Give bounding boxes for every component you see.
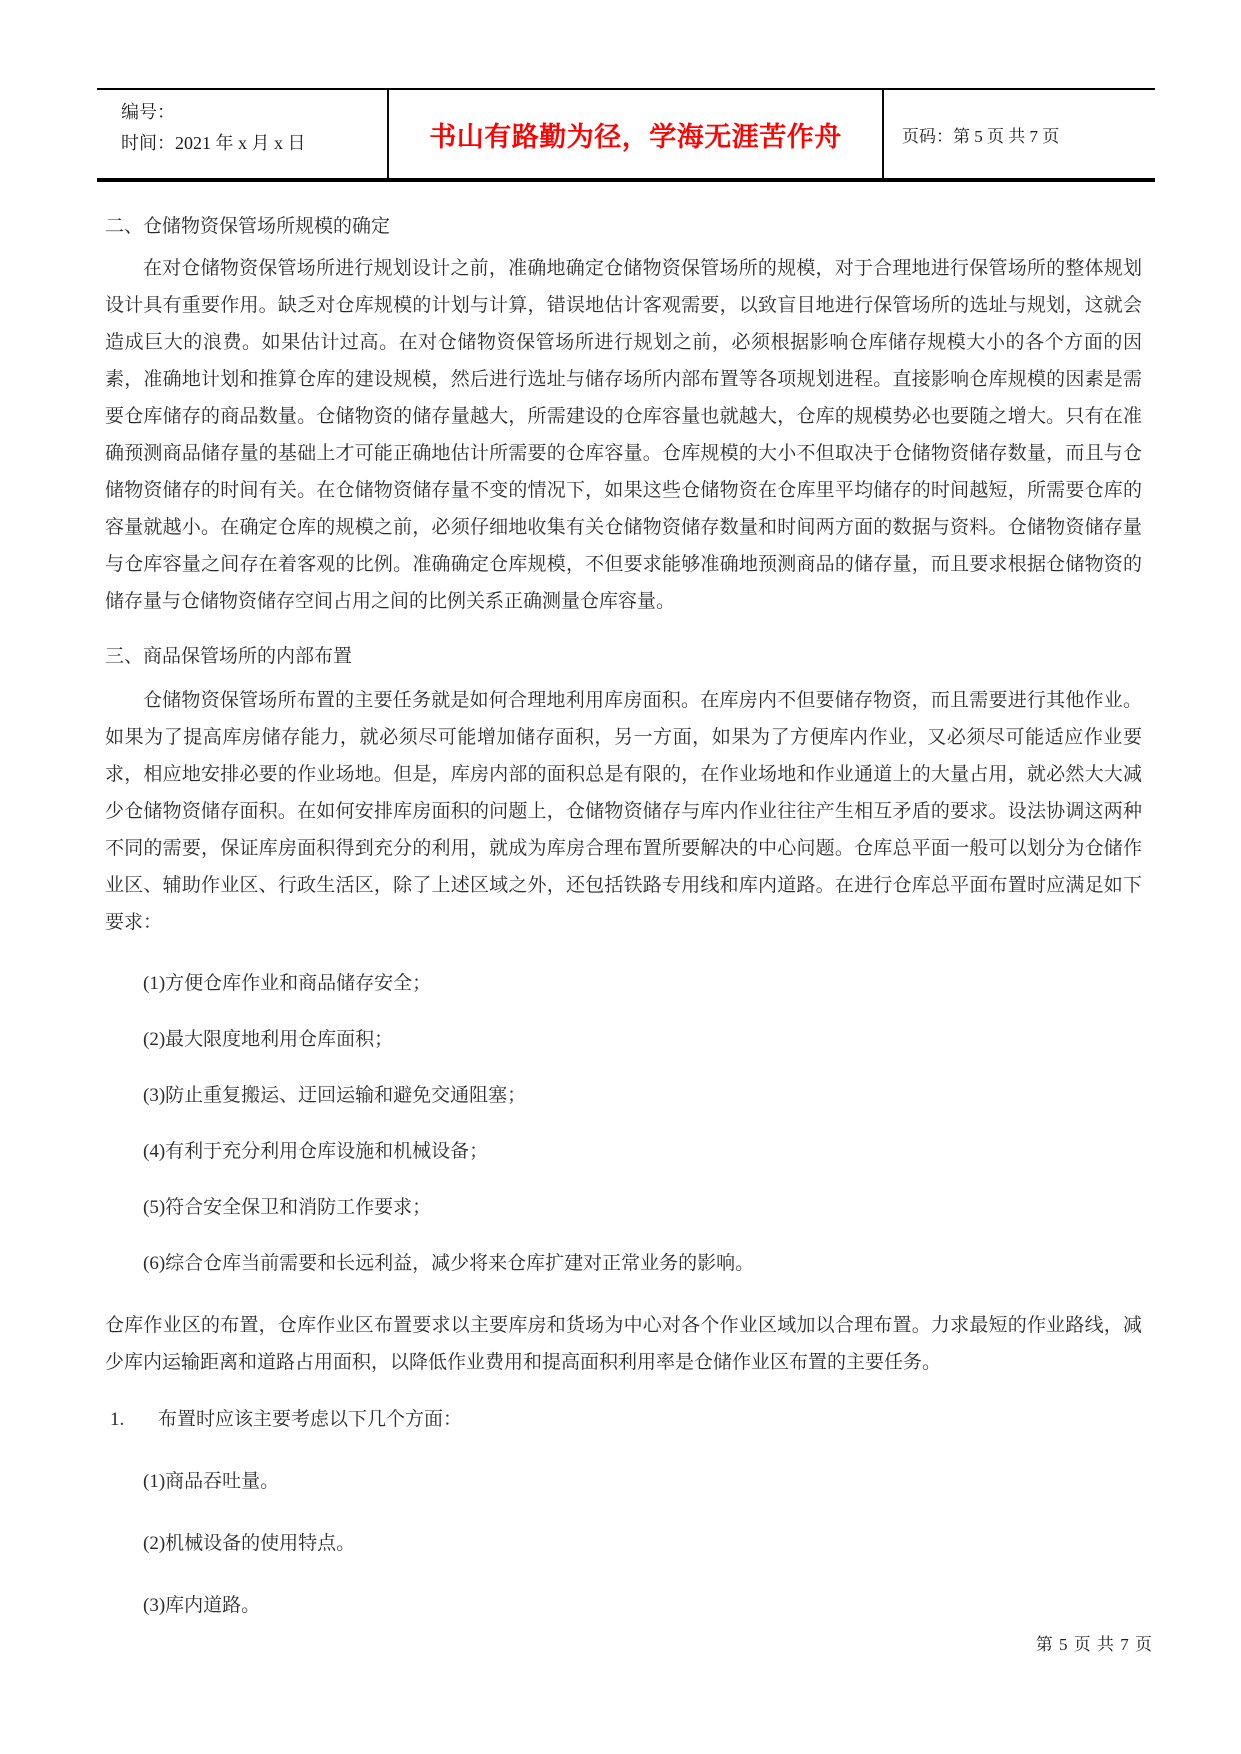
header-motto-cell: 书山有路勤为径，学海无涯苦作舟 — [387, 90, 884, 178]
header-left-cell: 编号： 时间：2021 年 x 月 x 日 — [97, 90, 387, 178]
consideration-item-2: (2)机械设备的使用特点。 — [105, 1531, 1142, 1557]
section-heading-2: 二、仓储物资保管场所规模的确定 — [105, 214, 1142, 240]
consideration-item-3: (3)库内道路。 — [105, 1593, 1142, 1619]
footer-page-info: 第 5 页 共 7 页 — [1036, 1630, 1153, 1655]
page-number-label: 页码：第 5 页 共 7 页 — [902, 122, 1059, 147]
section-heading-3: 三、商品保管场所的内部布置 — [105, 644, 1142, 670]
paragraph-internal-layout: 仓储物资保管场所布置的主要任务就是如何合理地利用库房面积。在库房内不但要储存物资… — [105, 682, 1142, 941]
header-page-cell: 页码：第 5 页 共 7 页 — [884, 90, 1155, 178]
document-number-label: 编号： — [121, 97, 387, 128]
consideration-item-1: (1)商品吞吐量。 — [105, 1469, 1142, 1495]
document-time-label: 时间：2021 年 x 月 x 日 — [121, 128, 387, 159]
motto-text: 书山有路勤为径，学海无涯苦作舟 — [429, 115, 842, 154]
paragraph-work-zone: 仓库作业区的布置，仓库作业区布置要求以主要库房和货场为中心对各个作业区域加以合理… — [105, 1307, 1142, 1381]
document-body: 二、仓储物资保管场所规模的确定 在对仓储物资保管场所进行规划设计之前，准确地确定… — [105, 182, 1142, 1619]
requirement-item-3: (3)防止重复搬运、迂回运输和避免交通阻塞； — [105, 1083, 1142, 1109]
document-header-table: 编号： 时间：2021 年 x 月 x 日 书山有路勤为径，学海无涯苦作舟 页码… — [97, 88, 1155, 182]
numbered-item-text: 布置时应该主要考虑以下几个方面： — [158, 1407, 462, 1433]
requirement-item-1: (1)方便仓库作业和商品储存安全； — [105, 971, 1142, 997]
requirement-item-5: (5)符合安全保卫和消防工作要求； — [105, 1195, 1142, 1221]
numbered-list-item-1: 1. 布置时应该主要考虑以下几个方面： — [105, 1407, 1142, 1433]
numbered-item-marker: 1. — [105, 1407, 158, 1433]
requirement-item-6: (6)综合仓库当前需要和长远利益，减少将来仓库扩建对正常业务的影响。 — [105, 1251, 1142, 1277]
requirement-item-4: (4)有利于充分利用仓库设施和机械设备； — [105, 1139, 1142, 1165]
paragraph-warehouse-scale: 在对仓储物资保管场所进行规划设计之前，准确地确定仓储物资保管场所的规模，对于合理… — [105, 250, 1142, 620]
requirement-item-2: (2)最大限度地利用仓库面积； — [105, 1027, 1142, 1053]
